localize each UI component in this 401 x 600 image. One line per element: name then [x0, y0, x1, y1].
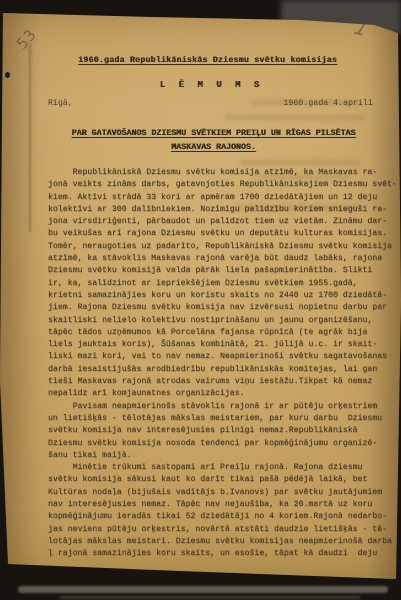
document-line: nav interesējusies nemaz. Tāpēc nav neja…: [48, 499, 395, 511]
desk-edge-streak: [18, 586, 388, 593]
document-line: jas neviens pūtēju orķestris, novārtā at…: [48, 524, 395, 536]
document-title: PAR GATAVOŠANOS DZIESMU SVĒTKIEM PREIĻU …: [40, 127, 387, 155]
document-line: kopmēģinājumu ieradās tikai 52 dziedātāj…: [48, 511, 395, 523]
document-line: nepalīdz arī komjaunatnes organizācijas.: [48, 388, 395, 400]
document-line: svētku komisija sākusi kaut ko darīt tik…: [48, 474, 395, 486]
document-line: Dziesmu svētku komisijā valda pārāk liel…: [48, 265, 395, 277]
document-line: jiem. Rajona Dziesmu svētku komisija nav…: [48, 302, 395, 314]
document-line: lotājas mākslas meistari. Dziesmu svētku…: [48, 536, 395, 548]
document-line: tāpēc tādos uzņēmumos kā Porcelāna fajan…: [48, 327, 395, 339]
document-line: ļ rajonā samazinājies koru skaits, un es…: [48, 548, 395, 560]
document-line: Minētie trūkumi sastopami arī Preiļu raj…: [48, 462, 395, 474]
place-date-row: Rīgā, 1960.gada 4.aprilī: [48, 99, 395, 108]
document-line: krietni samazinājies koru un koristu ska…: [48, 290, 395, 302]
document-line: atzīmē, ka stāvoklis Maskavas rajonā var…: [48, 253, 395, 265]
document-line: Dziesmu svētku komisija nosoda tendenci …: [48, 438, 395, 450]
document-page: 53 1 1960.gada Republikāniskās Dziesmu s…: [0, 0, 401, 600]
document-line: Tomēr, neraugoties uz padarīto, Republik…: [48, 241, 395, 253]
document-line: skaitliski nelielo kolektīvu nostiprināš…: [48, 315, 395, 327]
document-line: svētku komisija nav interesējusies pilnī…: [48, 425, 395, 437]
document-line: liski mazi kori, vai to nav nemaz. Neapm…: [48, 351, 395, 363]
typewritten-document: 1960.gada Republikāniskās Dziesmu svētku…: [48, 0, 395, 561]
handwritten-page-number-53: 53: [13, 25, 40, 53]
title-line-2: MASKAVAS RAJONOS.: [40, 141, 387, 155]
document-line: un lietišķās - tēlotājas mākslas meistar…: [48, 413, 395, 425]
document-line: ir, ka, salīdzinot ar iepriekšējiem Dzie…: [48, 278, 395, 290]
document-line: bu veikušas arī rajona Dziesmu svētku un…: [48, 228, 395, 240]
document-line: darbā iesaistījušās arodbiedrību republi…: [48, 364, 395, 376]
document-line: jonā veikts zināms darbs, gatavojoties R…: [48, 179, 395, 191]
paper-fold-line: [29, 42, 31, 232]
document-line: kiem. Aktīvi strādā 33 kori ar apmēram 1…: [48, 192, 395, 204]
document-line: Republikāniskā Dziesmu svētku komisija a…: [48, 167, 395, 179]
place-label: Rīgā,: [48, 99, 73, 108]
commission-header-line: 1960.gada Republikāniskās Dziesmu svētku…: [34, 56, 381, 65]
document-line: kolektīvi ar 300 dalībniekiem. Nozīmīgu …: [48, 204, 395, 216]
decision-word: L Ē M U M S: [38, 80, 385, 90]
document-line: šanu tikai maijā.: [48, 450, 395, 462]
date-label: 1960.gada 4.aprilī: [283, 99, 373, 108]
title-line-1: PAR GATAVOŠANOS DZIESMU SVĒTKIEM PREIĻU …: [40, 127, 387, 141]
document-line: Pavisam neapmierinošs stāvoklis rajonā i…: [48, 401, 395, 413]
photo-of-document: 53 1 1960.gada Republikāniskās Dziesmu s…: [0, 0, 401, 600]
document-line: liels jauktais koris), Šūšanas kombinātā…: [48, 339, 395, 351]
document-line: jona virsdiriģenti, pārbaudot un palīdzo…: [48, 216, 395, 228]
ink-spot: [5, 72, 10, 78]
document-body: Republikāniskā Dziesmu svētku komisija a…: [48, 167, 395, 561]
document-line: Kultūras nodaļa (bijušais vadītājs b.Iva…: [48, 487, 395, 499]
desk-edge-streak: [60, 596, 360, 599]
document-line: tieši Maskavas rajonā atrodas vairums vi…: [48, 376, 395, 388]
